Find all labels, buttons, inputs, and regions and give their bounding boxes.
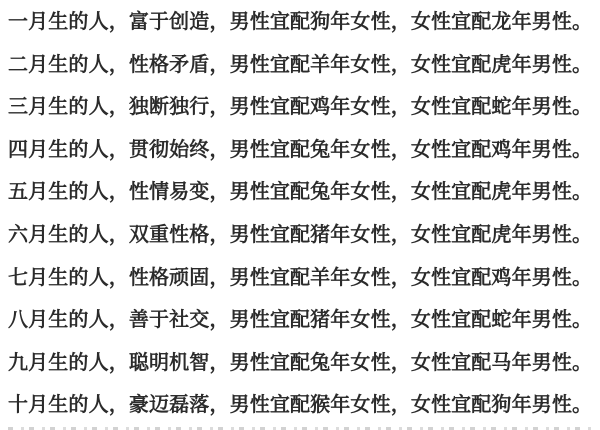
text-line-month-7: 七月生的人，性格顽固，男性宜配羊年女性，女性宜配鸡年男性。 (8, 257, 592, 300)
text-line-month-3: 三月生的人，独断独行，男性宜配鸡年女性，女性宜配蛇年男性。 (8, 86, 592, 129)
text-line-month-2: 二月生的人，性格矛盾，男性宜配羊年女性，女性宜配虎年男性。 (8, 44, 592, 87)
text-line-month-6: 六月生的人，双重性格，男性宜配猪年女性，女性宜配虎年男性。 (8, 214, 592, 257)
text-line-month-8: 八月生的人，善于社交，男性宜配猪年女性，女性宜配蛇年男性。 (8, 299, 592, 342)
document-page: 一月生的人，富于创造，男性宜配狗年女性，女性宜配龙年男性。 二月生的人，性格矛盾… (0, 0, 600, 430)
text-line-month-5: 五月生的人，性情易变，男性宜配兔年女性，女性宜配虎年男性。 (8, 171, 592, 214)
text-line-month-9: 九月生的人，聪明机智，男性宜配兔年女性，女性宜配马年男性。 (8, 342, 592, 385)
text-line-month-10: 十月生的人，豪迈磊落，男性宜配猴年女性，女性宜配狗年男性。 (8, 384, 592, 427)
text-line-month-1: 一月生的人，富于创造，男性宜配狗年女性，女性宜配龙年男性。 (8, 1, 592, 44)
text-line-month-4: 四月生的人，贯彻始终，男性宜配兔年女性，女性宜配鸡年男性。 (8, 129, 592, 172)
